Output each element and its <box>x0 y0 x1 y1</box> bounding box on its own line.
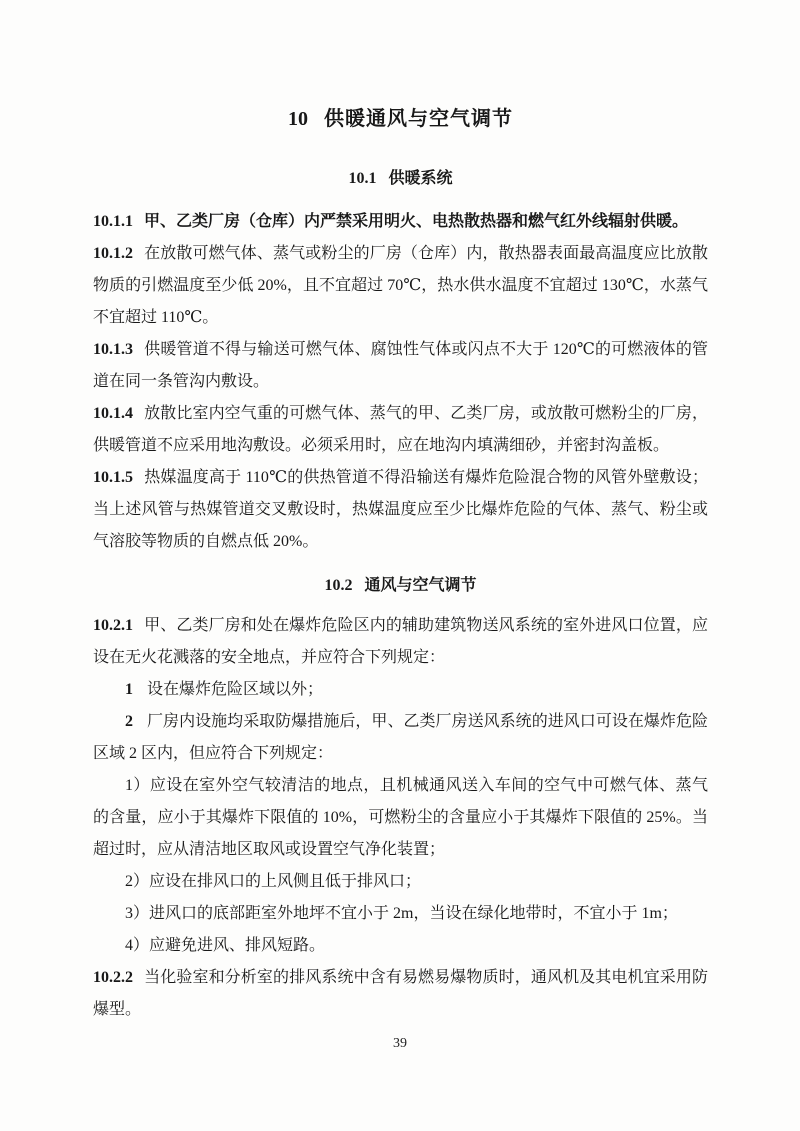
clause-10-2-2-text: 当化验室和分析室的排风系统中含有易燃易爆物质时，通风机及其电机宜采用防爆型。 <box>93 969 708 1018</box>
sub-item-1: 1）应设在室外空气较清洁的地点，且机械通风送入车间的空气中可燃气体、蒸气的含量，… <box>93 770 708 866</box>
chapter-title: 10供暖通风与空气调节 <box>93 106 708 132</box>
section-10-1-title: 供暖系统 <box>388 170 452 187</box>
section-10-1-number: 10.1 <box>348 170 376 187</box>
document-page: 10供暖通风与空气调节 10.1供暖系统 10.1.1甲、乙类厂房（仓库）内严禁… <box>0 0 800 1131</box>
list-item-1-text: 设在爆炸危险区域以外； <box>147 681 323 698</box>
sub-item-4: 4）应避免进风、排风短路。 <box>93 930 708 962</box>
clause-10-1-4-text: 放散比室内空气重的可燃气体、蒸气的甲、乙类厂房，或放散可燃粉尘的厂房，供暖管道不… <box>93 405 708 454</box>
chapter-number: 10 <box>288 108 308 130</box>
section-heading-10-2: 10.2通风与空气调节 <box>93 575 708 597</box>
clause-10-1-2: 10.1.2在放散可燃气体、蒸气或粉尘的厂房（仓库）内，散热器表面最高温度应比放… <box>93 238 708 334</box>
clause-10-1-3-number: 10.1.3 <box>93 341 133 358</box>
clause-10-1-4: 10.1.4放散比室内空气重的可燃气体、蒸气的甲、乙类厂房，或放散可燃粉尘的厂房… <box>93 398 708 462</box>
clause-10-1-5: 10.1.5热媒温度高于 110℃的供热管道不得沿输送有爆炸危险混合物的风管外壁… <box>93 462 708 558</box>
sub-item-2: 2）应设在排风口的上风侧且低于排风口； <box>93 866 708 898</box>
clause-10-1-1-text: 甲、乙类厂房（仓库）内严禁采用明火、电热散热器和燃气红外线辐射供暖。 <box>144 213 688 230</box>
clause-10-2-1-number: 10.2.1 <box>93 617 133 634</box>
section-10-2-number: 10.2 <box>324 577 352 594</box>
clause-10-2-1-text: 甲、乙类厂房和处在爆炸危险区内的辅助建筑物送风系统的室外进风口位置，应设在无火花… <box>93 617 708 666</box>
clause-10-2-1: 10.2.1甲、乙类厂房和处在爆炸危险区内的辅助建筑物送风系统的室外进风口位置，… <box>93 610 708 674</box>
section-10-2-title: 通风与空气调节 <box>364 577 476 594</box>
clause-10-1-1-number: 10.1.1 <box>93 213 133 230</box>
clause-10-1-4-number: 10.1.4 <box>93 405 133 422</box>
list-item-2-number: 2 <box>125 713 133 730</box>
clause-10-1-2-number: 10.1.2 <box>93 245 133 262</box>
clause-10-1-3-text: 供暖管道不得与输送可燃气体、腐蚀性气体或闪点不大于 120℃的可燃液体的管道在同… <box>93 341 708 390</box>
clause-10-1-2-text: 在放散可燃气体、蒸气或粉尘的厂房（仓库）内，散热器表面最高温度应比放散物质的引燃… <box>93 245 708 326</box>
list-item-2-text: 厂房内设施均采取防爆措施后，甲、乙类厂房送风系统的进风口可设在爆炸危险区域 2 … <box>93 713 708 762</box>
section-heading-10-1: 10.1供暖系统 <box>93 168 708 190</box>
clause-10-1-1: 10.1.1甲、乙类厂房（仓库）内严禁采用明火、电热散热器和燃气红外线辐射供暖。 <box>93 206 708 238</box>
page-number: 39 <box>0 1036 800 1052</box>
clause-10-1-5-number: 10.1.5 <box>93 469 133 486</box>
sub-item-3: 3）进风口的底部距室外地坪不宜小于 2m，当设在绿化地带时，不宜小于 1m； <box>93 898 708 930</box>
list-item-2: 2厂房内设施均采取防爆措施后，甲、乙类厂房送风系统的进风口可设在爆炸危险区域 2… <box>93 706 708 770</box>
list-item-1-number: 1 <box>125 681 133 698</box>
clause-10-2-2-number: 10.2.2 <box>93 969 133 986</box>
clause-10-1-5-text: 热媒温度高于 110℃的供热管道不得沿输送有爆炸危险混合物的风管外壁敷设；当上述… <box>93 469 708 550</box>
list-item-1: 1设在爆炸危险区域以外； <box>93 674 708 706</box>
clause-10-2-2: 10.2.2当化验室和分析室的排风系统中含有易燃易爆物质时，通风机及其电机宜采用… <box>93 962 708 1026</box>
chapter-title-text: 供暖通风与空气调节 <box>324 108 513 130</box>
clause-10-1-3: 10.1.3供暖管道不得与输送可燃气体、腐蚀性气体或闪点不大于 120℃的可燃液… <box>93 334 708 398</box>
